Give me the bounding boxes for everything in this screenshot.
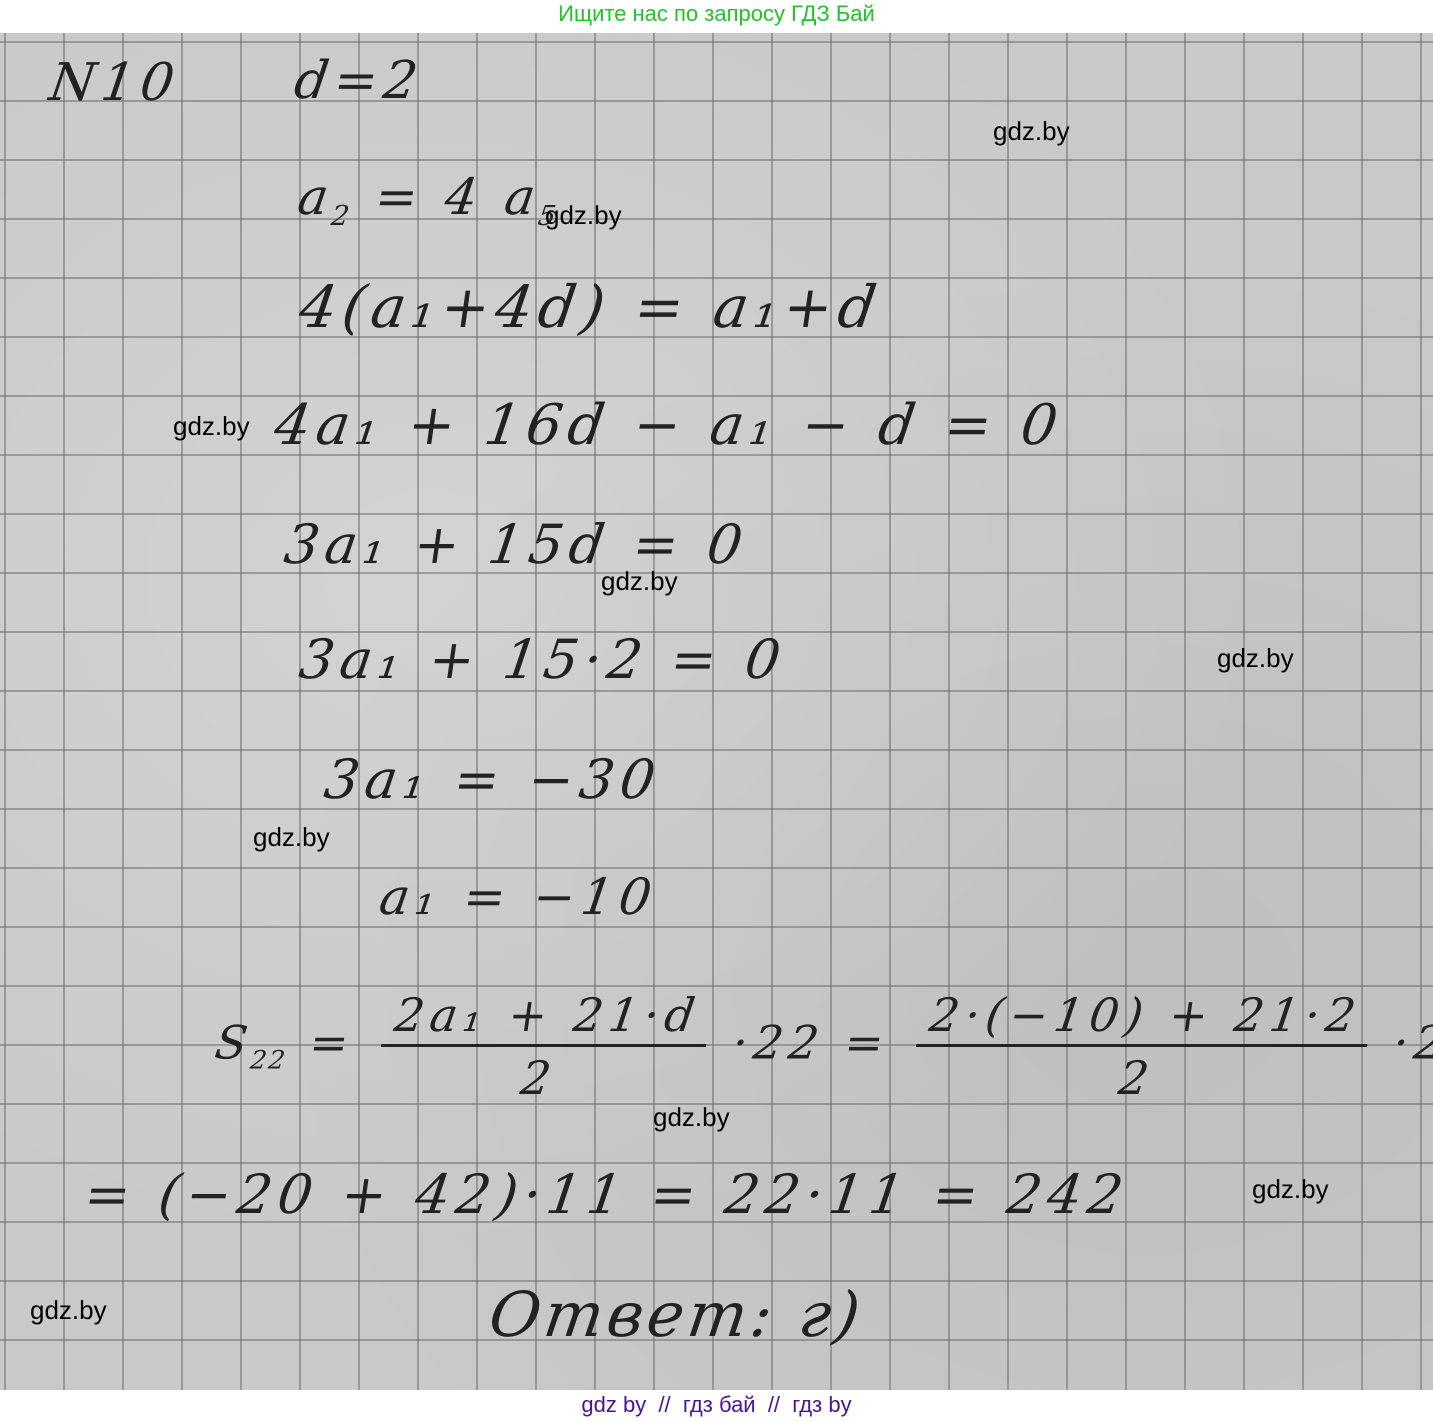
equation-line-3: 3a₁ + 15d = 0 (281, 513, 753, 576)
equation-line-6: a₁ = −10 (376, 868, 661, 926)
result-line: = (−20 + 42)·11 = 22·11 = 242 (81, 1163, 1133, 1226)
watermark: gdz.by (1217, 643, 1294, 674)
watermark: gdz.by (30, 1295, 107, 1326)
equation-line-2: 4a₁ + 16d − a₁ − d = 0 (270, 393, 1067, 458)
watermark: gdz.by (601, 566, 678, 597)
watermark: gdz.by (545, 200, 622, 231)
answer-line: Ответ: г) (485, 1278, 869, 1351)
given-d: d=2 (291, 51, 427, 111)
watermark: gdz.by (173, 411, 250, 442)
top-banner: Ищите нас по запросу ГДЗ Бай (0, 0, 1433, 33)
equation-line-4: 3a₁ + 15·2 = 0 (296, 628, 791, 691)
fraction-general: 2a₁ + 21·d 2 (372, 988, 714, 1105)
problem-number: N10 (46, 53, 184, 113)
equation-line-5: 3a₁ = −30 (321, 748, 666, 811)
watermark: gdz.by (653, 1102, 730, 1133)
notebook-page: N10 d=2 a2 = 4 a5 4(a₁+4d) = a₁+d 4a₁ + … (0, 33, 1433, 1390)
equation-line-1: 4(a₁+4d) = a₁+d (295, 273, 886, 341)
fraction-substituted: 2·(−10) + 21·2 2 (907, 988, 1375, 1105)
watermark: gdz.by (993, 116, 1070, 147)
watermark: gdz.by (253, 822, 330, 853)
condition-line: a2 = 4 a5 (294, 168, 565, 232)
watermark: gdz.by (1252, 1174, 1329, 1205)
bottom-banner: gdz by // гдз бай // гдз by (0, 1390, 1433, 1421)
sum-formula-line: S22 = 2a₁ + 21·d 2 ·22 = 2·(−10) + 21·2 … (207, 988, 1433, 1105)
